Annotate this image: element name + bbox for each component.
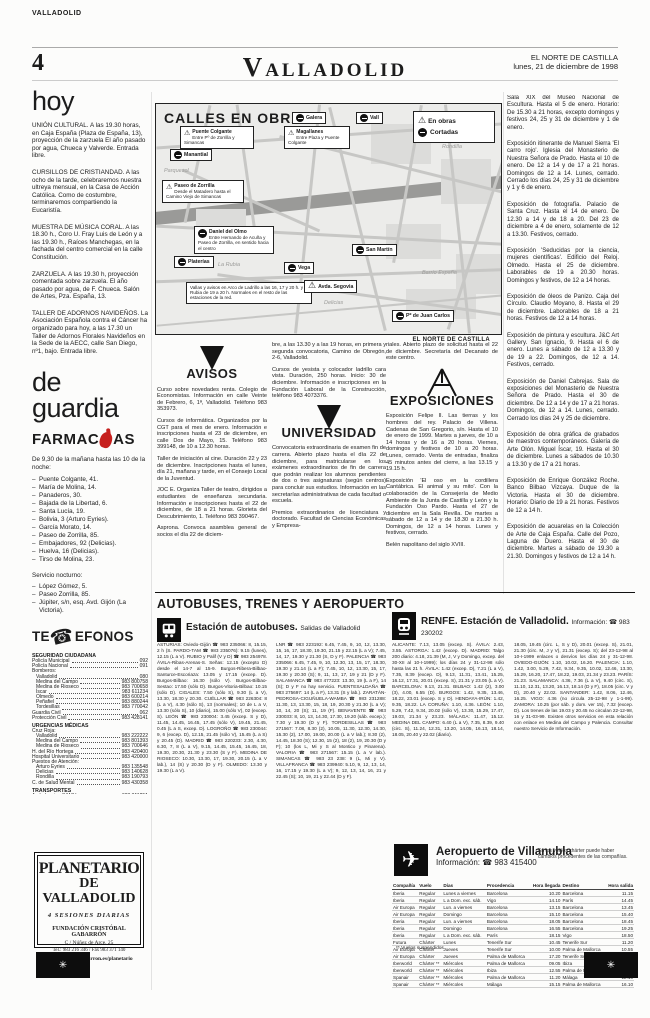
no-entry-icon <box>296 114 304 122</box>
train-icon <box>392 612 416 640</box>
renfe-timetable-col1: ALICANTE: 7.13, 13.05 (excep. S). ÁVILA:… <box>392 642 504 836</box>
ad-address: C / Núñez de Arce, 25 <box>35 940 143 946</box>
warning-icon: ⚠ <box>184 129 190 138</box>
event-item: UNIÓN CULTURAL. A las 19.30 horas, en Ca… <box>32 122 148 160</box>
avisos-continued: bre, a las 13.30 y a las 19 horas, en pr… <box>272 342 386 400</box>
exposicion-item: Exposición de acuarelas en la Colección … <box>507 524 619 561</box>
exposicion-item: Exposición de óleos de Panizo. Caja del … <box>507 294 619 324</box>
exposicion-item: Sala XIX del Museo Nacional de Escultura… <box>507 95 619 132</box>
farmacias-logo: FARMAC AS <box>32 431 148 448</box>
corner-label: VALLADOLID <box>32 10 82 17</box>
area-label: Parquesol <box>164 168 189 174</box>
area-label: Barrio España <box>422 270 457 276</box>
flight-table-header: CompañíaVueloDíasProcedenciaHora llegada… <box>392 882 634 890</box>
map-title: CALLES EN OBRAS <box>164 110 313 126</box>
area-label: La Rubia <box>218 262 240 268</box>
header-rule <box>32 47 618 48</box>
night-pharmacy-item: Júpiter, s/n, esq. Avd. Gijón (La Victor… <box>32 599 148 615</box>
left-column: hoy UNIÓN CULTURAL. A las 19.30 horas, e… <box>32 88 148 794</box>
universidad-column: bre, a las 13.30 y a las 19 horas, en pr… <box>272 342 386 594</box>
column-divider <box>151 92 152 990</box>
phone-icon: ☎ <box>49 628 76 647</box>
airport-note: En los vuelos chárter puede haber cambio… <box>538 848 634 860</box>
pharmacy-item: Embajadores, 92 (Delicias). <box>32 540 148 548</box>
no-entry-icon <box>356 246 364 254</box>
flight-row: IberiaRegularL a Dom. exc. sáb.París18.1… <box>392 932 634 939</box>
guardia-title: deguardia <box>32 369 148 421</box>
flight-table-footnote: ** Vuelos suspendidos <box>396 946 444 951</box>
closed-street-label: Manantial <box>170 149 212 161</box>
closed-street-label: Galera <box>292 112 326 124</box>
map-callout: Daniel del OlmoEntre Hernando de Acuña y… <box>194 226 274 254</box>
flight-row: IberiaRegularLun. a viernesBarcelona18.0… <box>392 918 634 925</box>
closed-street-label: Vega <box>284 262 314 274</box>
no-entry-icon <box>360 114 368 122</box>
no-entry-icon <box>396 312 404 320</box>
bus-station-heading: Estación de autobuses. Salidas de Vallad… <box>186 622 360 633</box>
exposicion-item: Exposición de obra gráfica de grabados d… <box>507 432 619 469</box>
event-item: TALLER DE ADORNOS NAVIDEÑOS. La Asociaci… <box>32 310 148 356</box>
exposicion-item: Exposición 'El oso en la cordillera Cant… <box>386 478 498 537</box>
print-mark: ✳ <box>584 952 638 978</box>
exposicion-item: Exposición de Daniel Cabrejas. Sala de e… <box>507 379 619 423</box>
no-entry-icon <box>174 151 182 159</box>
map-info-box: Vallas y avisos en Arco de Ladrillo a la… <box>186 282 312 304</box>
bus-timetable-col1: ASTURIAS: Oviedo-Gijón ☎ 983 235066: 8, … <box>157 642 267 958</box>
flight-row: IberiaRegularDomingoBarcelona16.55Barcel… <box>392 925 634 932</box>
phone-entry: Ambulancias SAMU983 311251 <box>32 794 148 795</box>
warning-street-label: ⚠Avda. Segovia <box>304 280 357 293</box>
flight-row: Air EuropaRegularDomingoBarcelona15.10Ba… <box>392 911 634 918</box>
night-service-title: Servicio nocturno: <box>32 572 148 580</box>
night-pharmacy-item: López Gómez, 5. <box>32 583 148 591</box>
exposiciones-list: Exposición Felipe II. Las tierras y los … <box>386 413 498 548</box>
aviso-item: Cursos de yesista y colocador ladrillo c… <box>272 367 386 400</box>
map-callout: ⚠Puente ColganteEntre Pº de Zorrilla y S… <box>180 126 254 149</box>
bus-timetable-col2: LNR ☎ 983 223192: 6.45, 7.45, 9, 10, 12,… <box>276 642 386 962</box>
exposiciones-header: EXPOSICIONES <box>386 367 498 408</box>
map-callout: ⚠MagallanesEntre Plaza y Puente Colgante <box>284 126 350 149</box>
airplane-icon: ✈ <box>394 844 428 876</box>
ad-title-2: DE VALLADOLID <box>35 876 143 906</box>
no-entry-icon <box>198 229 207 238</box>
universidad-title: UNIVERSIDAD <box>281 425 376 440</box>
aviso-item: Cursos de informática. Organizados por l… <box>157 418 267 451</box>
pharmacy-item: Tirso de Molina, 23. <box>32 556 148 564</box>
renfe-timetable-col2: 18.05, 19.45 (circ. L, S y D), 20.01 (ex… <box>514 642 633 836</box>
night-service-list: López Gómez, 5.Paseo Zorrilla, 85.Júpite… <box>32 583 148 615</box>
ad-sessions: 4 SESIONES DIARIAS <box>35 912 143 919</box>
newspaper-page: VALLADOLID 4 Valladolid EL NORTE DE CAST… <box>0 0 650 1018</box>
aviso-item: bre, a las 13.30 y a las 19 horas, en pr… <box>272 342 386 362</box>
no-entry-icon <box>178 258 186 266</box>
transport-section-rule <box>155 592 635 593</box>
pharmacy-item: Santa Lucía, 19. <box>32 508 148 516</box>
exposicion-item: Belén napolitano del siglo XVIII. <box>386 542 498 549</box>
renfe-heading: RENFE. Estación de Valladolid. Informaci… <box>421 616 650 638</box>
exposicion-item: Exposición itinerante de Manuel Sierra '… <box>507 141 619 193</box>
legend-row: ⚠En obras <box>418 117 490 126</box>
event-item: MUESTRA DE MÚSICA CORAL. A las 18.30 h.,… <box>32 224 148 262</box>
closed-street-label: Pº de Juan Carlos <box>392 310 454 322</box>
flight-column-header: Compañía <box>392 882 418 890</box>
avisos-column: AVISOS Curso sobre novedades renta. Cole… <box>157 342 267 594</box>
warning-icon: ⚠ <box>308 282 316 291</box>
paper-name: EL NORTE DE CASTILLA <box>513 53 618 62</box>
telefonos-logo: TE ☎ EFONOS <box>32 629 148 644</box>
planetario-ad: PLANETARIO DE VALLADOLID 4 SESIONES DIAR… <box>34 852 144 948</box>
column-divider <box>503 92 504 594</box>
exposicion-item: Exposición 'Seducidas por la ciencia, mu… <box>507 248 619 285</box>
exposicion-item: Exposición de Enrique González Roche. Ba… <box>507 478 619 515</box>
map-legend: ⚠En obras Cortadas <box>413 111 495 143</box>
area-label: Rondilla <box>442 144 462 150</box>
hoy-title: hoy <box>32 88 148 114</box>
aviso-item: Asprona. Convoca asamblea general de soc… <box>157 525 267 538</box>
bus-icon <box>157 618 181 642</box>
area-label: Delicias <box>324 300 343 306</box>
pharmacy-item: Paseo de Zorrilla, 85. <box>32 532 148 540</box>
exposicion-item: Exposición Felipe II. Las tierras y los … <box>386 413 498 472</box>
universidad-item: Convocatoria extraordinaria de examen fi… <box>272 445 386 504</box>
universidad-header: UNIVERSIDAD <box>272 405 386 440</box>
flight-column-header: Procedencia <box>486 882 529 890</box>
universidad-list: Convocatoria extraordinaria de examen fi… <box>272 445 386 529</box>
flight-column-header: Hora salida <box>605 882 634 890</box>
mortar-pestle-icon <box>98 430 114 449</box>
aviso-item: JOC E. Organiza Taller de teatro, dirigi… <box>157 487 267 520</box>
exposiciones-column: riales. Abierto plazo de solicitud hasta… <box>386 342 498 594</box>
pharmacy-list: Puente Colgante, 41.María de Molina, 14.… <box>32 476 148 564</box>
pharmacy-item: Bajada de la Libertad, 6. <box>32 500 148 508</box>
flight-column-header: Destino <box>561 882 604 890</box>
flight-column-header: Días <box>442 882 486 890</box>
exposiciones-title: EXPOSICIONES <box>390 393 494 408</box>
closed-street-label: San Martín <box>352 244 397 256</box>
exposiciones-right-column: Sala XIX del Museo Nacional de Escultura… <box>507 95 619 597</box>
print-mark: ✳ <box>36 952 90 978</box>
pharmacy-item: Bolivia, 3 (Arturo Eyries). <box>32 516 148 524</box>
avisos-title: AVISOS <box>186 366 237 381</box>
pharmacy-item: Huelva, 16 (Delicias). <box>32 548 148 556</box>
aviso-item: Curso sobre novedades renta. Colegio de … <box>157 387 267 413</box>
flight-row: Air EuropaRegularLun. a viernesBarcelona… <box>392 904 634 911</box>
aviso-item: Taller de iniciación al cine. Duración 2… <box>157 456 267 482</box>
header-rule-2 <box>32 80 618 81</box>
phone-entry: C. de Salud Mental983 430358 <box>32 781 148 786</box>
universidad-continued: riales. Abierto plazo de solicitud hasta… <box>386 342 498 362</box>
avisos-header: AVISOS <box>157 346 267 381</box>
pharmacy-item: Panaderos, 30. <box>32 492 148 500</box>
avisos-list: Curso sobre novedades renta. Colegio de … <box>157 387 267 539</box>
event-item: ZARZUELA. A las 19.30 h, proyección come… <box>32 271 148 301</box>
map-callout: ⚠Paseo de ZorrillaDesde el Matadero hast… <box>162 180 244 203</box>
flight-column-header: Hora llegada <box>529 882 561 890</box>
roadworks-map: CALLES EN OBRAS ⚠En obras Cortadas ⚠Puen… <box>155 103 502 335</box>
no-entry-icon <box>418 128 427 137</box>
flight-row: IberiaRegularLunes a viernesBarcelona10.… <box>392 890 634 897</box>
no-entry-icon <box>288 264 296 272</box>
pharmacy-item: Puente Colgante, 41. <box>32 476 148 484</box>
pharmacy-item: María de Molina, 14. <box>32 484 148 492</box>
legend-row: Cortadas <box>418 128 490 137</box>
exposicion-item: Exposición de pintura y escultura. J&C A… <box>507 333 619 370</box>
hoy-list: UNIÓN CULTURAL. A las 19.30 horas, en Ca… <box>32 122 148 355</box>
ad-org: FUNDACIÓN CRISTÓBAL GABARRÓN <box>35 926 143 938</box>
night-pharmacy-item: Paseo Zorrilla, 85. <box>32 591 148 599</box>
date-line: lunes, 21 de diciembre de 1998 <box>513 62 618 71</box>
phone-directory: SEGURIDAD CIUDADANAPolicía Municipal092P… <box>32 651 148 794</box>
flight-row: SpanairChárter **MiércolesMálaga15.15Pal… <box>392 981 634 988</box>
closed-street-label: Platerías <box>174 256 214 268</box>
warning-icon: ⚠ <box>418 117 426 126</box>
flight-column-header: Vuelo <box>418 882 442 890</box>
ad-title-1: PLANETARIO <box>35 861 143 876</box>
transport-section-title: AUTOBUSES, TRENES Y AEROPUERTO <box>157 597 404 611</box>
universidad-item: Premios extraordinarios de licenciatura … <box>272 510 386 530</box>
flight-row: FuturaChárterLunesTenerife Sur10.45Tener… <box>392 939 634 946</box>
flight-row: IberiaRegularL a Dom. exc. sáb.Vigo14.10… <box>392 897 634 904</box>
exposicion-item: Exposición de fotografía. Palacio de San… <box>507 202 619 239</box>
event-item: CURSILLOS DE CRISTIANDAD. A las ocho de … <box>32 169 148 215</box>
warning-icon: ⚠ <box>288 129 294 138</box>
paper-name-block: EL NORTE DE CASTILLA lunes, 21 de diciem… <box>513 53 618 71</box>
closed-street-label: Vall <box>356 112 383 124</box>
phone-entry: Protección Civil983 428141 <box>32 716 148 721</box>
pharmacy-item: García Morato, 14. <box>32 524 148 532</box>
pharmacy-intro: De 9,30 de la mañana hasta las 10 de la … <box>32 456 148 471</box>
warning-icon: ⚠ <box>166 183 172 192</box>
